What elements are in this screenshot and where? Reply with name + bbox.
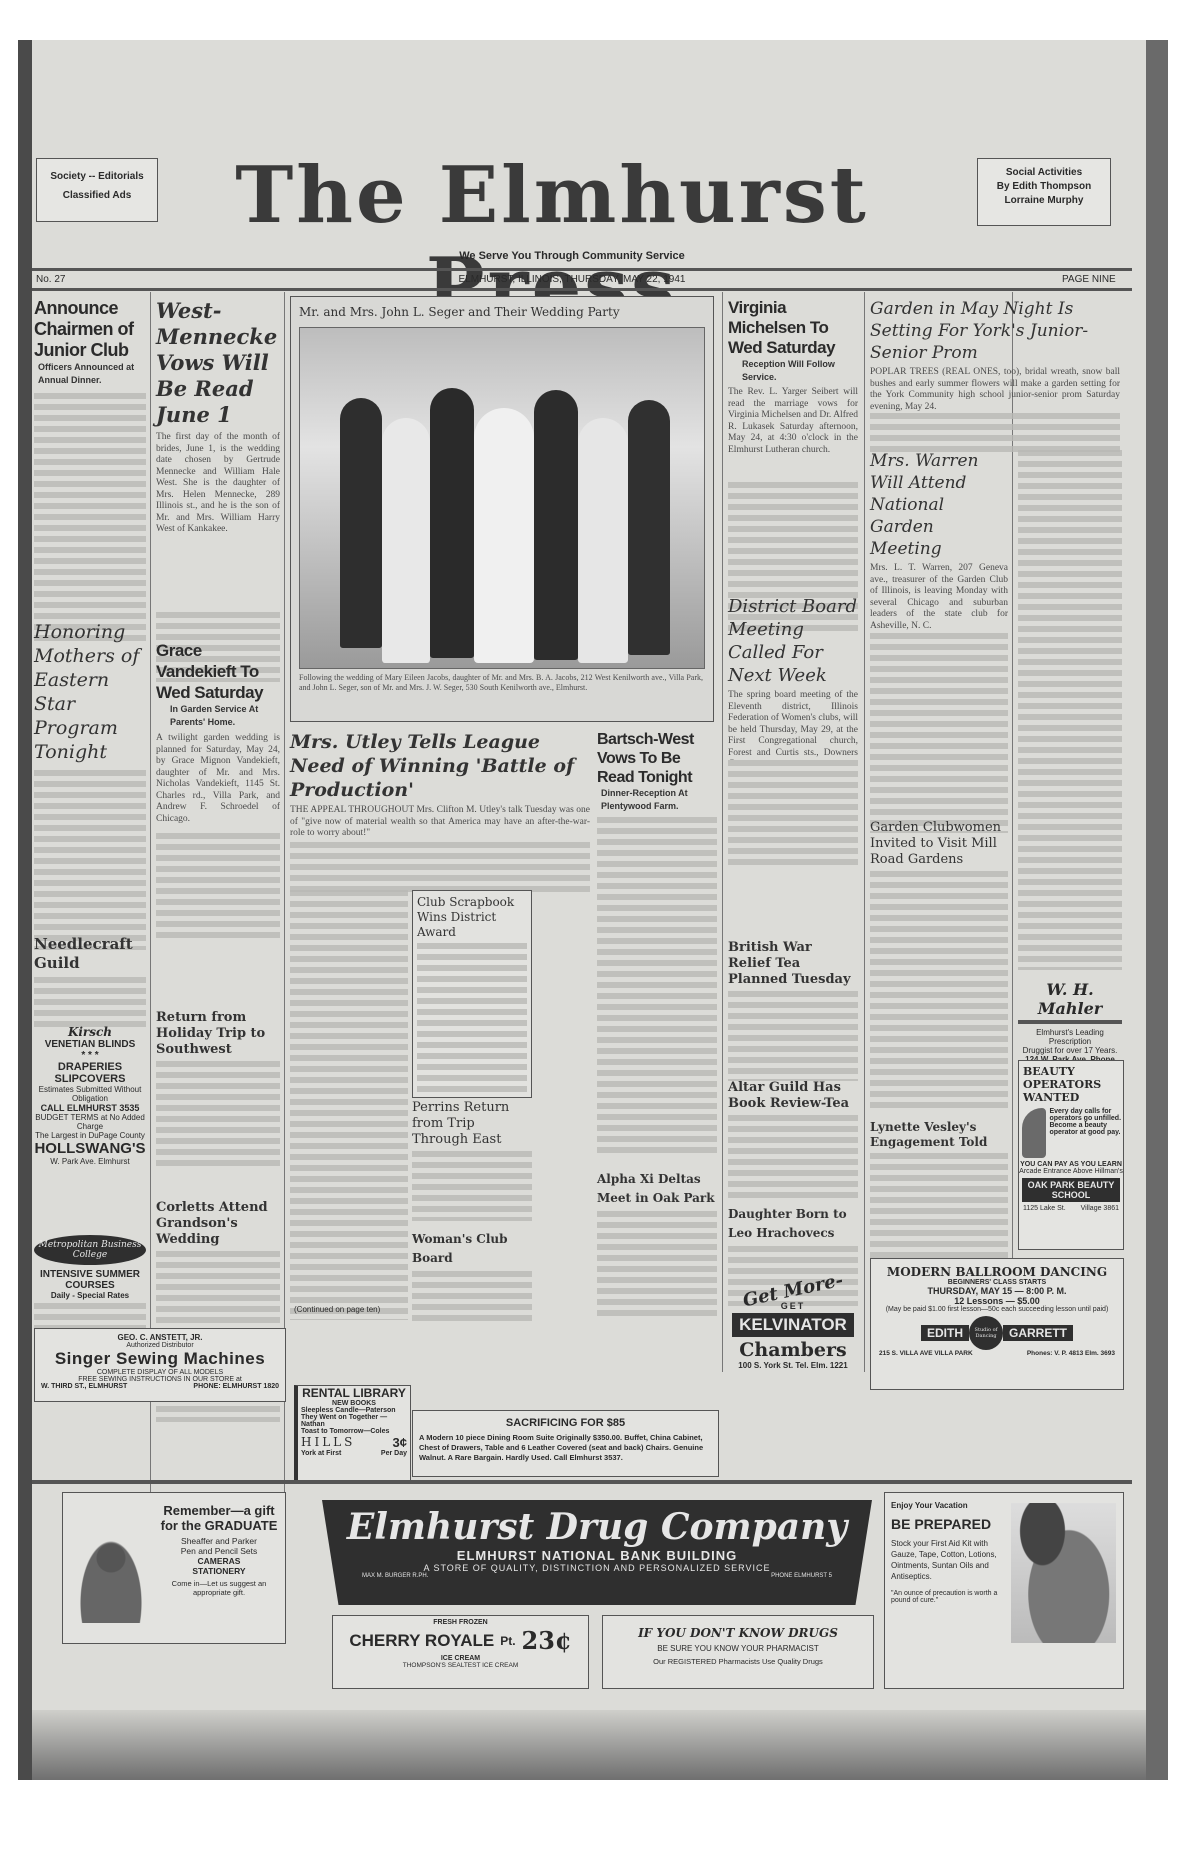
ad-phone: CALL ELMHURST 3535	[34, 1103, 146, 1113]
ad-line: Estimates Submitted Without Obligation	[34, 1085, 146, 1103]
ad-price: 23¢	[522, 1626, 572, 1655]
ad-line: BUDGET TERMS at No Added Charge	[34, 1113, 146, 1131]
ad-line: DRAPERIES	[34, 1061, 146, 1073]
headline: Club Scrapbook Wins District Award	[417, 895, 527, 940]
ad-drug-company: Elmhurst Drug Company ELMHURST NATIONAL …	[322, 1500, 872, 1605]
ad-brand: THOMPSON'S SEALTEST ICE CREAM	[333, 1662, 588, 1669]
headline: Announce Chairmen of Junior Club	[34, 298, 146, 361]
ad-body: Stock your First Aid Kit with Gauze, Tap…	[891, 1538, 1009, 1582]
ad-brand: Kirsch	[34, 1025, 146, 1039]
ad-line: VENETIAN BLINDS	[34, 1039, 146, 1050]
book-title: Toast to Tomorrow—Coles	[298, 1428, 410, 1435]
ad-body: A Modern 10 piece Dining Room Suite Orig…	[413, 1429, 718, 1467]
article-body	[870, 1153, 1008, 1258]
ad-name: CHERRY ROYALE	[349, 1631, 494, 1651]
headline: Virginia Michelsen To Wed Saturday	[728, 298, 858, 358]
ad-store: HOLLSWANG'S	[34, 1140, 146, 1157]
article-warren: Mrs. Warren Will Attend National Garden …	[870, 450, 1008, 833]
article-body	[728, 760, 858, 870]
headline: Grace Vandekieft To Wed Saturday	[156, 640, 280, 703]
headline: Return from Holiday Trip to Southwest	[156, 1010, 280, 1058]
headline: Lynette Vesley's Engagement Told	[870, 1120, 1008, 1150]
ad-phones: Phones: V. P. 4813 Elm. 3693	[1027, 1350, 1115, 1357]
article-body	[870, 413, 1120, 453]
photo-figure	[382, 418, 430, 663]
ad-price: 3¢	[393, 1435, 407, 1450]
ad-name: W. H. Mahler	[1018, 980, 1122, 1018]
page-number: PAGE NINE	[1062, 274, 1116, 285]
right-ear-line-2: By Edith Thompson	[978, 181, 1110, 192]
ad-phone: PHONE ELMHURST 5	[771, 1573, 832, 1579]
photo-figure	[474, 408, 534, 663]
ad-line: CAMERAS	[158, 1556, 280, 1566]
article-body	[412, 1151, 532, 1221]
article-body	[156, 1061, 280, 1166]
article-womans-club: Woman's Club Board	[412, 1230, 532, 1321]
ad-name: Elmhurst Drug Company	[322, 1506, 872, 1548]
ad-address: 1125 Lake St.	[1023, 1205, 1066, 1212]
utley-continued	[290, 890, 408, 1320]
photo-headline: Mr. and Mrs. John L. Seger and Their Wed…	[291, 297, 713, 328]
article-west-mennecke: West-Mennecke Vows Will Be Read June 1 T…	[156, 298, 280, 682]
headline: Altar Guild Has Book Review-Tea	[728, 1080, 858, 1112]
article-eastern-star: Honoring Mothers of Eastern Star Program…	[34, 620, 146, 950]
ad-slogan: A STORE OF QUALITY, DISTINCTION AND PERS…	[322, 1563, 872, 1573]
article-body	[870, 633, 1008, 833]
photo-figure	[578, 418, 628, 663]
headline: Mrs. Warren Will Attend National Garden …	[870, 450, 1008, 560]
ad-rule	[1018, 1020, 1122, 1024]
ad-dealer: Chambers	[728, 1339, 858, 1361]
ad-name-left: EDITH	[921, 1325, 969, 1341]
headline: West-Mennecke Vows Will Be Read June 1	[156, 298, 280, 428]
operator-illustration	[1022, 1108, 1046, 1158]
motto: We Serve You Through Community Service	[332, 250, 812, 262]
ad-title: BE PREPARED	[891, 1516, 1009, 1532]
headline: Daughter Born to Leo Hrachovecs	[728, 1205, 858, 1243]
ad-location: York at First	[301, 1450, 341, 1457]
article-body	[870, 871, 1008, 1111]
article-body	[34, 393, 146, 643]
ad-line: Our REGISTERED Pharmacists Use Quality D…	[603, 1657, 873, 1666]
column-rule	[1012, 292, 1013, 1372]
article-district-board: District Board Meeting Called For Next W…	[728, 595, 858, 870]
deck: Dinner-Reception At Plentywood Farm.	[597, 787, 717, 813]
ad-line: Come in—Let us suggest an appropriate gi…	[158, 1579, 280, 1597]
article-body	[290, 890, 408, 1320]
ad-top: FRESH FROZEN	[333, 1619, 588, 1626]
ad-title: BEAUTY OPERATORS WANTED	[1019, 1061, 1123, 1108]
prom-continued	[1018, 450, 1122, 970]
ad-line: The Largest in DuPage County	[34, 1131, 146, 1140]
ad-title: IF YOU DON'T KNOW DRUGS	[603, 1626, 873, 1640]
article-body	[412, 1271, 532, 1321]
ad-building: ELMHURST NATIONAL BANK BUILDING	[322, 1548, 872, 1563]
ad-title: MODERN BALLROOM DANCING	[871, 1265, 1123, 1279]
ad-title: Remember—a gift for the GRADUATE	[158, 1503, 280, 1533]
ad-quote: "An ounce of precaution is worth a pound…	[891, 1590, 1009, 1604]
article-vesley: Lynette Vesley's Engagement Told	[870, 1120, 1008, 1258]
article-lead: The Rev. L. Yarger Seibert will read the…	[728, 387, 858, 482]
ad-phone: PHONE: ELMHURST 1820	[193, 1383, 279, 1390]
headline: Bartsch-West Vows To Be Read Tonight	[597, 730, 717, 787]
ad-cherry-royale: FRESH FROZEN CHERRY ROYALE Pt. 23¢ ICE C…	[332, 1615, 589, 1689]
ad-sub: BEGINNERS' CLASS STARTS	[871, 1279, 1123, 1286]
ad-line: Pen and Pencil Sets	[158, 1546, 280, 1556]
ad-store: HILLS	[301, 1435, 355, 1450]
deck: In Garden Service At Parents' Home.	[156, 703, 280, 729]
ad-role: Authorized Distributor	[35, 1342, 285, 1349]
volume-number: No. 27	[36, 274, 65, 285]
column-rule	[722, 292, 723, 1372]
article-body	[597, 817, 717, 1157]
ad-title: INTENSIVE SUMMER COURSES	[34, 1269, 146, 1291]
right-ear: Social Activities By Edith Thompson Lorr…	[977, 158, 1111, 226]
article-junior-club: Announce Chairmen of Junior Club Officer…	[34, 298, 146, 643]
article-body-cont	[156, 833, 280, 943]
photo-box: Mr. and Mrs. John L. Seger and Their Wed…	[290, 296, 714, 722]
ad-line: Elmhurst's Leading Prescription	[1018, 1028, 1122, 1046]
headline: Alpha Xi Deltas Meet in Oak Park	[597, 1170, 717, 1208]
ad-size: Pt.	[500, 1634, 515, 1648]
ad-learn: YOU CAN PAY AS YOU LEARN	[1019, 1161, 1123, 1168]
ad-kelvinator: Get More- GET KELVINATOR Chambers 100 S.…	[728, 1280, 858, 1370]
wedding-photo	[299, 327, 705, 669]
article-prom: Garden in May Night Is Setting For York'…	[870, 298, 1120, 453]
ad-vacation: Enjoy Your Vacation BE PREPARED Stock yo…	[884, 1492, 1124, 1689]
article-lead: Mrs. L. T. Warren, 207 Geneva ave., trea…	[870, 563, 1008, 633]
ad-title: RENTAL LIBRARY	[298, 1386, 410, 1400]
ad-pitch: Every day calls for operators go unfille…	[1049, 1108, 1123, 1122]
graduates-illustration	[71, 1523, 151, 1623]
ad-note: (May be paid $1.00 first lesson—50c each…	[871, 1306, 1123, 1313]
ad-line: * * *	[34, 1050, 146, 1061]
article-body	[156, 1251, 280, 1331]
right-ear-line-3: Lorraine Murphy	[978, 195, 1110, 206]
scan-frame: Society -- Editorials Classified Ads The…	[0, 0, 1200, 1855]
headline: British War Relief Tea Planned Tuesday	[728, 940, 858, 988]
ad-brand: KELVINATOR	[732, 1313, 854, 1337]
ad-pitch: Become a beauty operator at good pay.	[1049, 1122, 1123, 1136]
ad-line: Druggist for over 17 Years.	[1018, 1046, 1122, 1055]
ad-line: Sheaffer and Parker	[158, 1536, 280, 1546]
ad-line: BE SURE YOU KNOW YOUR PHARMACIST	[603, 1644, 873, 1653]
ad-graduate: Remember—a gift for the GRADUATE Sheaffe…	[62, 1492, 286, 1644]
deck: Reception Will Follow Service.	[728, 358, 858, 384]
article-corletts: Corletts Attend Grandson's Wedding	[156, 1200, 280, 1331]
ad-address: W. THIRD ST., ELMHURST	[41, 1383, 127, 1390]
ad-owner: MAX M. BURGER R.PH.	[362, 1573, 428, 1579]
ad-line: SLIPCOVERS	[34, 1073, 146, 1085]
article-vandekieft: Grace Vandekieft To Wed Saturday In Gard…	[156, 640, 280, 943]
left-ear-line-2: Classified Ads	[37, 190, 157, 201]
ad-title: Singer Sewing Machines	[35, 1349, 285, 1369]
continued-note: (Continued on page ten)	[294, 1305, 406, 1314]
article-body: A twilight garden wedding is planned for…	[156, 733, 280, 833]
ad-price: 12 Lessons — $5.00	[871, 1296, 1123, 1306]
article-altar-guild: Altar Guild Has Book Review-Tea	[728, 1080, 858, 1200]
article-michelsen: Virginia Michelsen To Wed Saturday Recep…	[728, 298, 858, 632]
ad-sacrificing: SACRIFICING FOR $85 A Modern 10 piece Di…	[412, 1410, 719, 1477]
headline: Honoring Mothers of Eastern Star Program…	[34, 620, 146, 764]
ad-address: W. Park Ave.	[50, 1157, 96, 1166]
article-body	[34, 770, 146, 950]
ad-title: SACRIFICING FOR $85	[413, 1417, 718, 1429]
ad-kirsch: Kirsch VENETIAN BLINDS * * * DRAPERIES S…	[34, 1025, 146, 1166]
dancer-emblem-icon: Studio of Dancing	[969, 1316, 1003, 1350]
article-utley: Mrs. Utley Tells League Need of Winning …	[290, 730, 590, 897]
ad-date: THURSDAY, MAY 15 — 8:00 P. M.	[871, 1286, 1123, 1296]
ad-know-drugs: IF YOU DON'T KNOW DRUGS BE SURE YOU KNOW…	[602, 1615, 874, 1689]
photo-figure	[340, 398, 382, 648]
article-alpha-xi: Alpha Xi Deltas Meet in Oak Park	[597, 1170, 717, 1321]
masthead-title: The Elmhurst Press	[172, 150, 932, 240]
ad-line: STATIONERY	[158, 1566, 280, 1576]
article-body: The first day of the month of brides, Ju…	[156, 432, 280, 612]
article-lead: The spring board meeting of the Eleventh…	[728, 690, 858, 760]
left-ear: Society -- Editorials Classified Ads	[36, 158, 158, 222]
article-body	[417, 943, 527, 1093]
article-british-relief: British War Relief Tea Planned Tuesday	[728, 940, 858, 1081]
article-body	[290, 842, 590, 897]
article-body	[728, 1115, 858, 1200]
article-body	[1018, 450, 1122, 970]
headline: Needlecraft Guild	[34, 935, 146, 973]
headline: Mrs. Utley Tells League Need of Winning …	[290, 730, 590, 802]
ad-band-rule	[32, 1480, 1132, 1484]
beach-illustration	[1011, 1503, 1116, 1643]
ad-dealer: GEO. C. ANSTETT, JR.	[35, 1333, 285, 1342]
left-ear-line-1: Society -- Editorials	[37, 171, 157, 182]
ad-sub: ICE CREAM	[333, 1655, 588, 1662]
masthead-rule-bottom	[32, 288, 1132, 291]
book-title: They Went on Together —Nathan	[298, 1414, 410, 1428]
ad-sub: NEW BOOKS	[298, 1400, 410, 1407]
ad-line: FREE SEWING INSTRUCTIONS IN OUR STORE at	[35, 1376, 285, 1383]
headline: Perrins Return from Trip Through East	[412, 1100, 532, 1148]
ad-school: OAK PARK BEAUTY SCHOOL	[1022, 1178, 1120, 1202]
headline: Garden in May Night Is Setting For York'…	[870, 298, 1120, 364]
ad-logo: Metropolitan Business College	[34, 1235, 146, 1265]
photo-figure	[430, 388, 474, 658]
headline: Garden Clubwomen Invited to Visit Mill R…	[870, 820, 1008, 868]
article-body	[728, 991, 858, 1081]
ad-name-right: GARRETT	[1003, 1325, 1073, 1341]
article-mill-road: Garden Clubwomen Invited to Visit Mill R…	[870, 820, 1008, 1111]
deck: Officers Announced at Annual Dinner.	[34, 361, 146, 387]
article-lead: THE APPEAL THROUGHOUT Mrs. Clifton M. Ut…	[290, 805, 590, 840]
photo-figure	[534, 390, 578, 660]
ad-entrance: Arcade Entrance Above Hillman's	[1019, 1168, 1123, 1175]
ad-beauty-school: BEAUTY OPERATORS WANTED Every day calls …	[1018, 1060, 1124, 1250]
dateline: ELMHURST, ILLINOIS, THURSDAY, MAY 22, 19…	[412, 274, 732, 285]
right-ear-line-1: Social Activities	[978, 167, 1110, 178]
headline: District Board Meeting Called For Next W…	[728, 595, 858, 687]
ad-per: Per Day	[381, 1450, 407, 1457]
article-perrins: Perrins Return from Trip Through East	[412, 1100, 532, 1221]
ad-top: Enjoy Your Vacation	[891, 1501, 1009, 1510]
book-title: Sleepless Candle—Paterson	[298, 1407, 410, 1414]
article-scrapbook: Club Scrapbook Wins District Award	[412, 890, 532, 1098]
article-lead: POPLAR TREES (REAL ONES, too), bridal wr…	[870, 367, 1120, 413]
article-southwest: Return from Holiday Trip to Southwest	[156, 1010, 280, 1166]
photo-caption: Following the wedding of Mary Eileen Jac…	[299, 673, 703, 693]
masthead-rule-top	[32, 268, 1132, 271]
article-body	[34, 977, 146, 1032]
ad-phone: Village 3861	[1081, 1205, 1119, 1212]
headline: Woman's Club Board	[412, 1230, 532, 1268]
ad-singer: GEO. C. ANSTETT, JR. Authorized Distribu…	[34, 1328, 286, 1402]
newspaper-page: Society -- Editorials Classified Ads The…	[18, 40, 1168, 1780]
article-needlecraft: Needlecraft Guild	[34, 935, 146, 1032]
column-rule	[864, 292, 865, 1372]
headline: Corletts Attend Grandson's Wedding	[156, 1200, 280, 1248]
ad-address: 100 S. York St. Tel. Elm. 1221	[728, 1361, 858, 1370]
ad-dancing: MODERN BALLROOM DANCING BEGINNERS' CLASS…	[870, 1258, 1124, 1390]
ad-sub: Daily - Special Rates	[34, 1291, 146, 1300]
photo-figure	[628, 400, 670, 655]
ad-town: Elmhurst	[98, 1157, 130, 1166]
ad-rental-library: RENTAL LIBRARY NEW BOOKS Sleepless Candl…	[294, 1385, 411, 1482]
ad-line: COMPLETE DISPLAY OF ALL MODELS	[35, 1369, 285, 1376]
ad-address: 215 S. VILLA AVE VILLA PARK	[879, 1350, 973, 1357]
article-body	[597, 1211, 717, 1321]
article-bartsch: Bartsch-West Vows To Be Read Tonight Din…	[597, 730, 717, 1157]
